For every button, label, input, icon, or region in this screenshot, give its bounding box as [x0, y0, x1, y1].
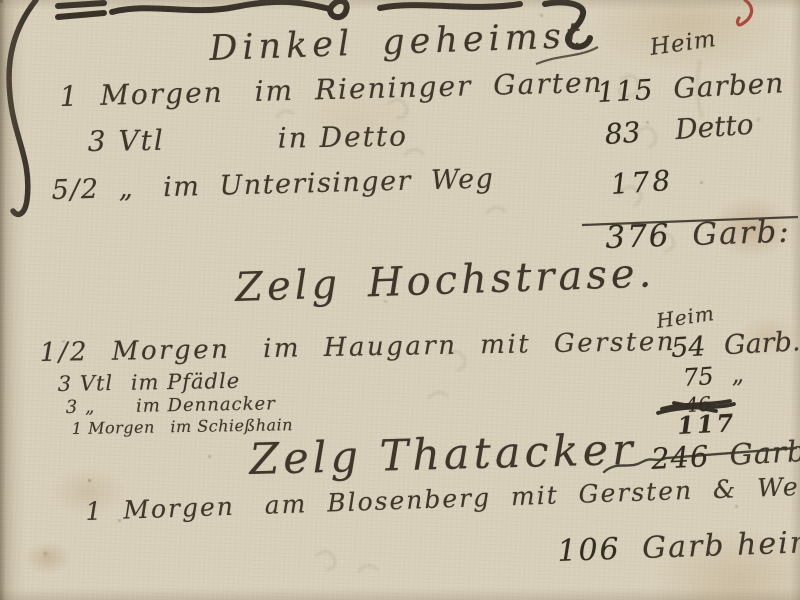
row-amount: 115 Garben	[596, 68, 785, 109]
row-quantity: 1 Morgen	[85, 492, 235, 526]
row-quantity: 1 Morgen	[72, 418, 155, 438]
amount-value: 54	[670, 331, 706, 364]
row-quantity: 3 Vtl	[87, 124, 165, 158]
manuscript-page: Dinkel geheimst Heim 1 Morgen im Riening…	[0, 0, 800, 600]
section2-heading: Zelg Hochstrase.	[234, 251, 655, 310]
amount-value: 106	[557, 532, 621, 569]
ledger-row: 1 Morgen im Rieninger Garten	[59, 68, 604, 113]
row-quantity: 1/2 Morgen	[39, 335, 230, 368]
amount-value: 83	[604, 116, 642, 151]
row-location: in Detto	[277, 119, 408, 154]
amount-value: 75	[682, 362, 714, 392]
amount-unit: Garb.	[723, 326, 800, 361]
total-unit: Garb:	[692, 214, 792, 253]
amount-value: 115	[596, 73, 654, 109]
total-value: 246	[650, 439, 710, 476]
row-amount: 106 Garb heim	[557, 526, 800, 568]
amount-unit: „	[730, 360, 744, 389]
ledger-row: 5/2 „ im Unterisinger Weg	[51, 164, 495, 205]
row-location: im Rieninger Garten	[254, 66, 604, 108]
row-location: im Pfädle	[131, 369, 241, 395]
section2-total: 246 Garb.	[650, 435, 800, 476]
row-amount: 83 Detto	[604, 110, 755, 151]
row-amount: 75 „	[682, 361, 744, 392]
ledger-row: 1/2 Morgen im Haugarn mit Gersten	[40, 328, 677, 368]
row-quantity: 1 Morgen	[59, 76, 224, 113]
ledger-row: 3 Vtl im Pfädle	[58, 370, 241, 396]
ledger-row: 3 Vtl in Detto	[87, 121, 408, 157]
row-location: im Dennacker	[136, 393, 276, 416]
section1-total: 376 Garb:	[605, 215, 791, 256]
ledger-row: 3 „ im Dennacker	[66, 394, 276, 417]
amount-unit: Garb heim	[642, 525, 800, 566]
section3-heading: Zelg Thatacker	[249, 427, 637, 484]
row-quantity: 5/2 „	[51, 173, 134, 206]
amount-value: 117	[677, 408, 738, 440]
paper-specks	[0, 0, 3, 3]
left-brace-flourish	[9, 0, 36, 214]
amount-unit: Detto	[674, 108, 755, 146]
row-location: im Haugarn mit Gersten	[263, 327, 676, 364]
section1-corner-label: Heim	[648, 27, 718, 61]
row-amount: 178	[610, 166, 674, 201]
row-amount: 117	[677, 410, 737, 439]
total-unit: Garb.	[729, 433, 800, 472]
row-location: im Unterisinger Weg	[163, 163, 495, 203]
row-location: im Schießhain	[170, 415, 293, 436]
row-quantity: 3 Vtl	[58, 371, 114, 396]
amount-unit: Garben	[673, 66, 786, 105]
row-amount: 54 Garb.	[670, 327, 800, 363]
amount-value: 178	[610, 164, 675, 201]
section1-heading: Dinkel geheimst	[209, 17, 586, 69]
row-quantity: 3 „	[66, 396, 96, 418]
red-archive-mark	[738, 0, 752, 25]
